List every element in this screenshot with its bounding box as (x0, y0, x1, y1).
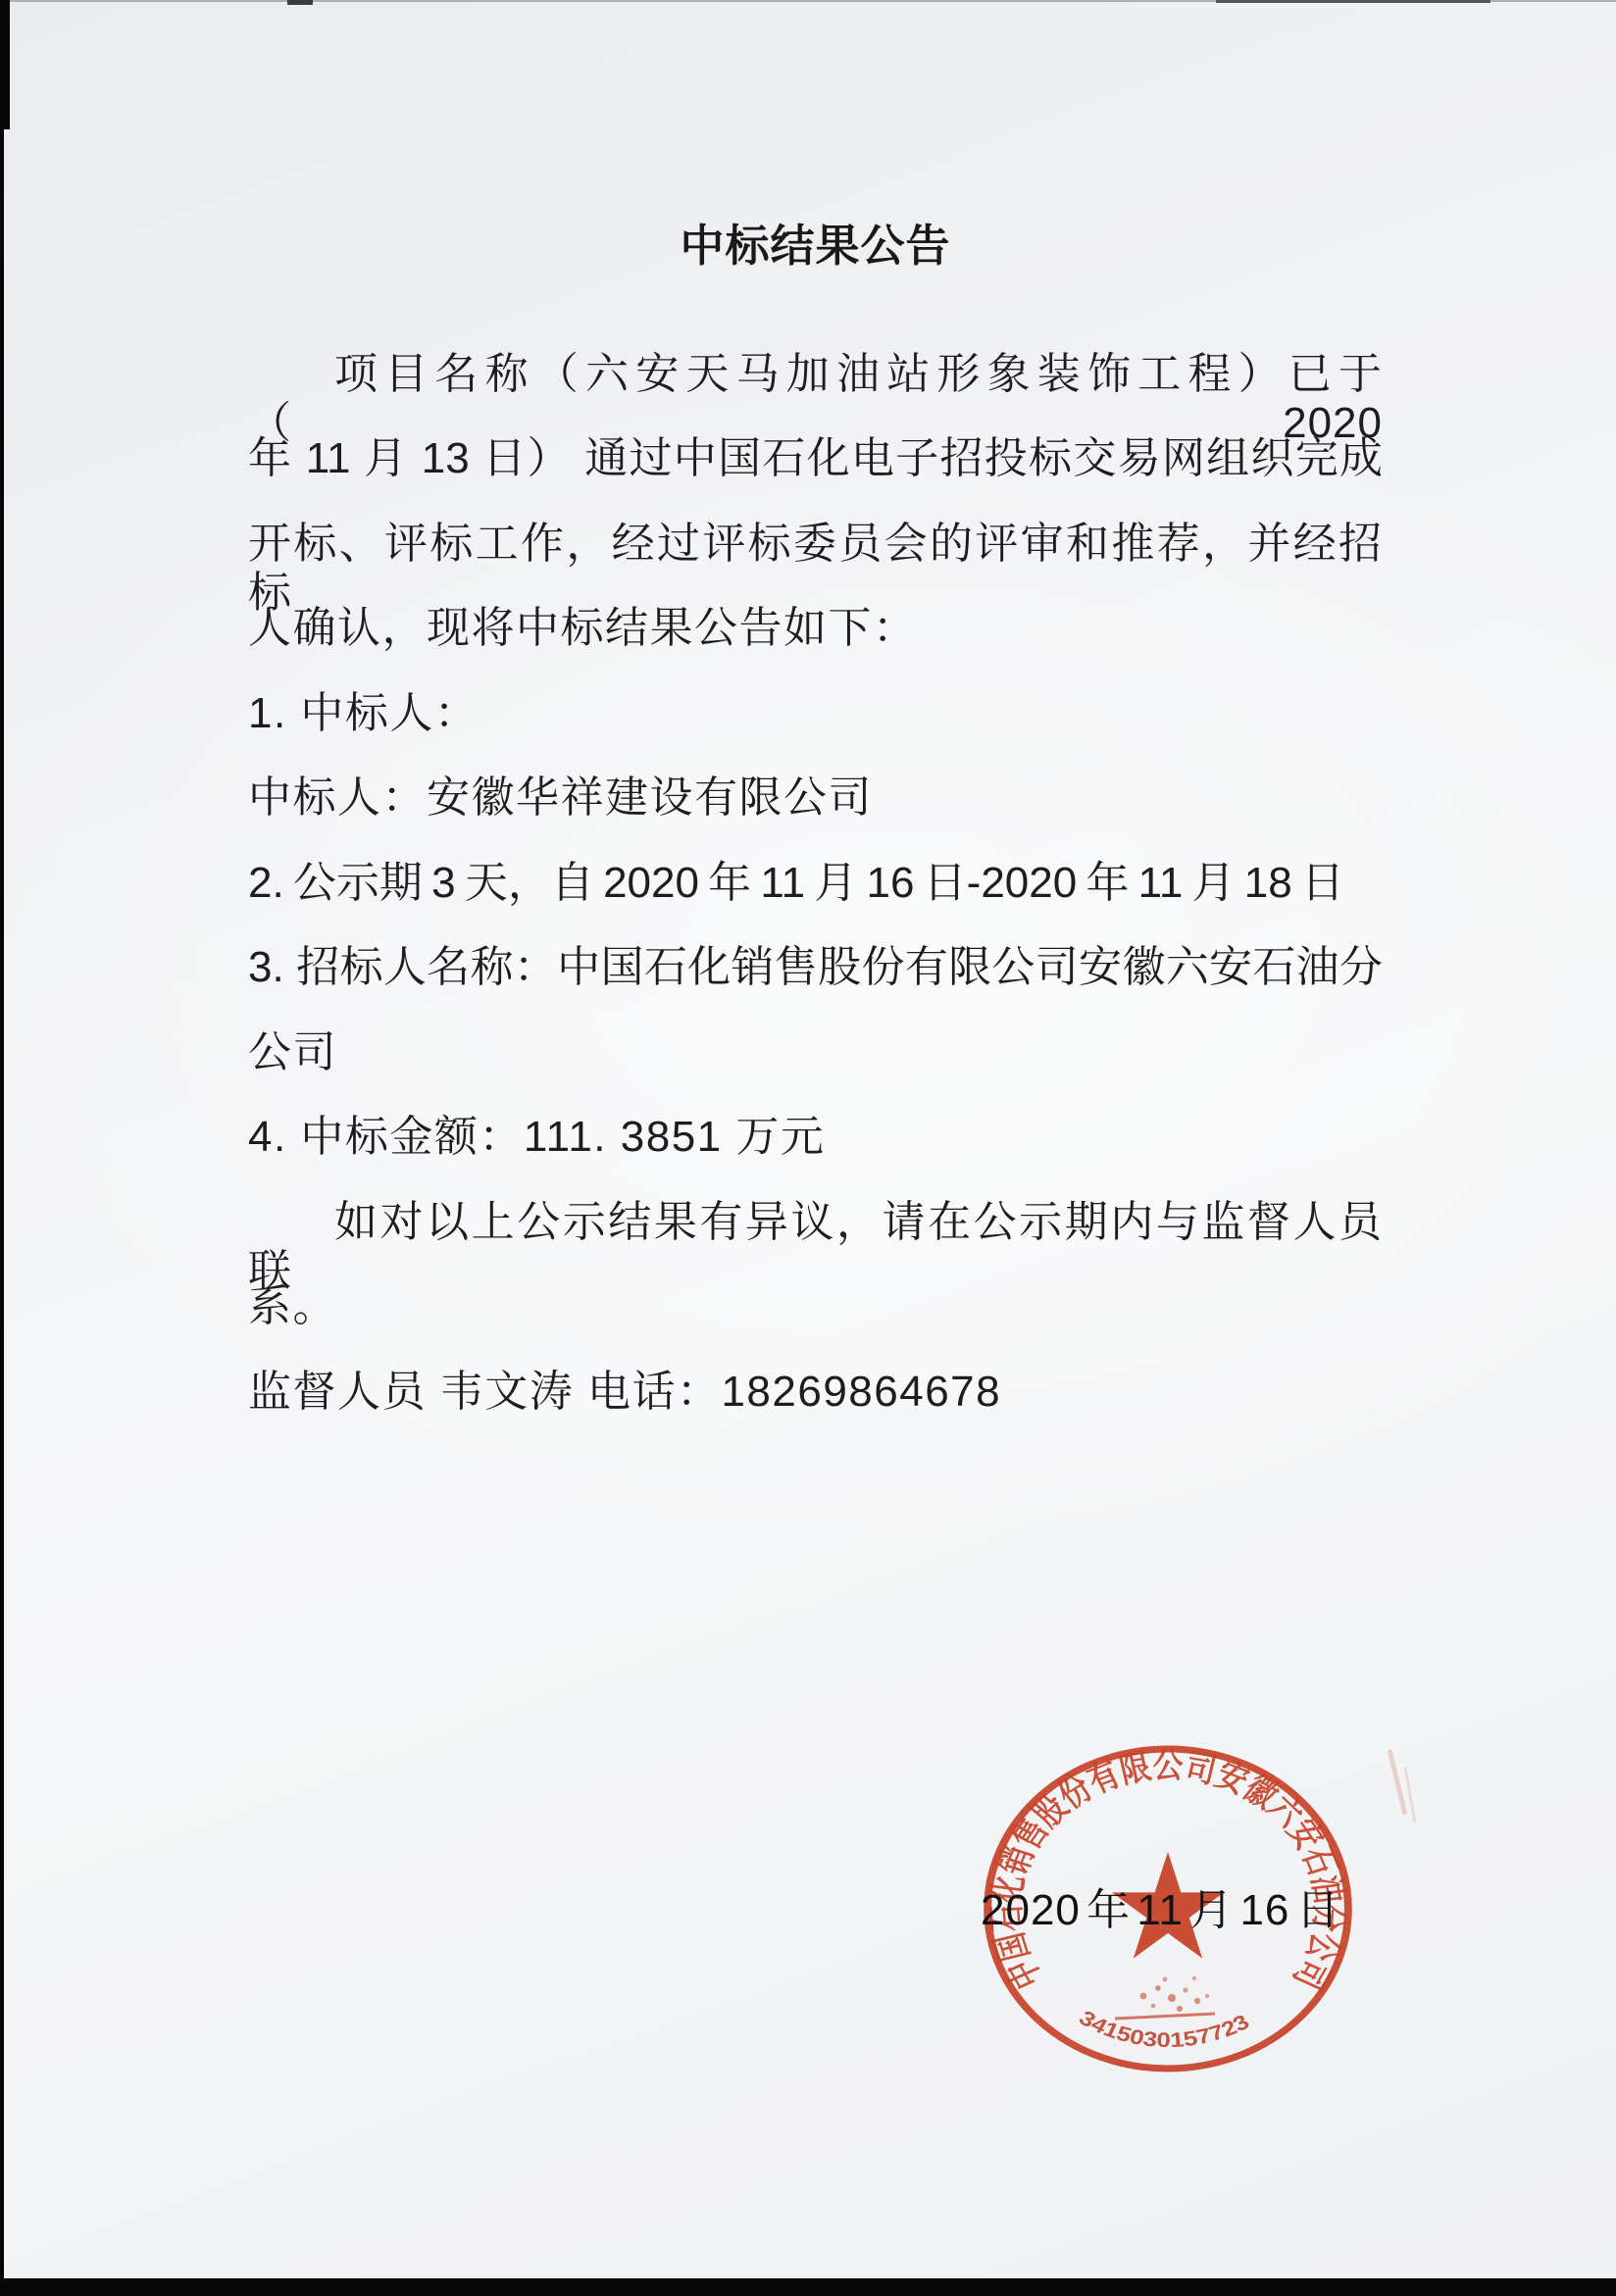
body-line: 1. 中标人： (248, 689, 1383, 738)
body-line: 人确认，现将中标结果公告如下： (248, 604, 1383, 653)
body-line: 系。 (248, 1282, 1383, 1331)
scanned-document-page: 中标结果公告 项目名称（六安天马加油站形象装饰工程）已于（2020 年 11 月… (0, 0, 1616, 2296)
scan-edge-left (0, 0, 4, 2296)
body-line: 4. 中标金额：111. 3851 万元 (248, 1113, 1383, 1162)
body-line: 中标人：安徽华祥建设有限公司 (248, 774, 1383, 823)
seal-number-text: 3415030157723 (1075, 2006, 1254, 2052)
body-line: 年 11 月 13 日） 通过中国石化电子招投标交易网组织完成 (248, 434, 1383, 483)
svg-text:3415030157723: 3415030157723 (1075, 2006, 1254, 2052)
seal-ink-smudges (1115, 1976, 1215, 2019)
body-line: 监督人员 韦文涛 电话：18269864678 (248, 1368, 1383, 1417)
body-line: 2. 公示期 3 天，自 2020 年 11 月 16 日-2020 年 11 … (248, 859, 1383, 908)
body-line: 3. 招标人名称：中国石化销售股份有限公司安徽六安石油分 (248, 943, 1383, 992)
scan-edge-tick (287, 0, 313, 5)
document-date: 2020 年 11 月 16 日 (981, 1874, 1340, 1937)
seal-stray-ink (1389, 1750, 1415, 1822)
body-line: 公司 (248, 1028, 1383, 1077)
body-line: 开标、评标工作，经过评标委员会的评审和推荐，并经招标 (248, 520, 1383, 569)
scan-edge-topleft (0, 0, 10, 129)
body-line: 项目名称（六安天马加油站形象装饰工程）已于（2020 (248, 350, 1383, 399)
scan-edge-top-dark (1216, 0, 1490, 3)
body-line: 如对以上公示结果有异议，请在公示期内与监督人员联 (248, 1198, 1383, 1247)
page-title: 中标结果公告 (248, 210, 1383, 274)
scan-edge-bottom (0, 2278, 1616, 2296)
